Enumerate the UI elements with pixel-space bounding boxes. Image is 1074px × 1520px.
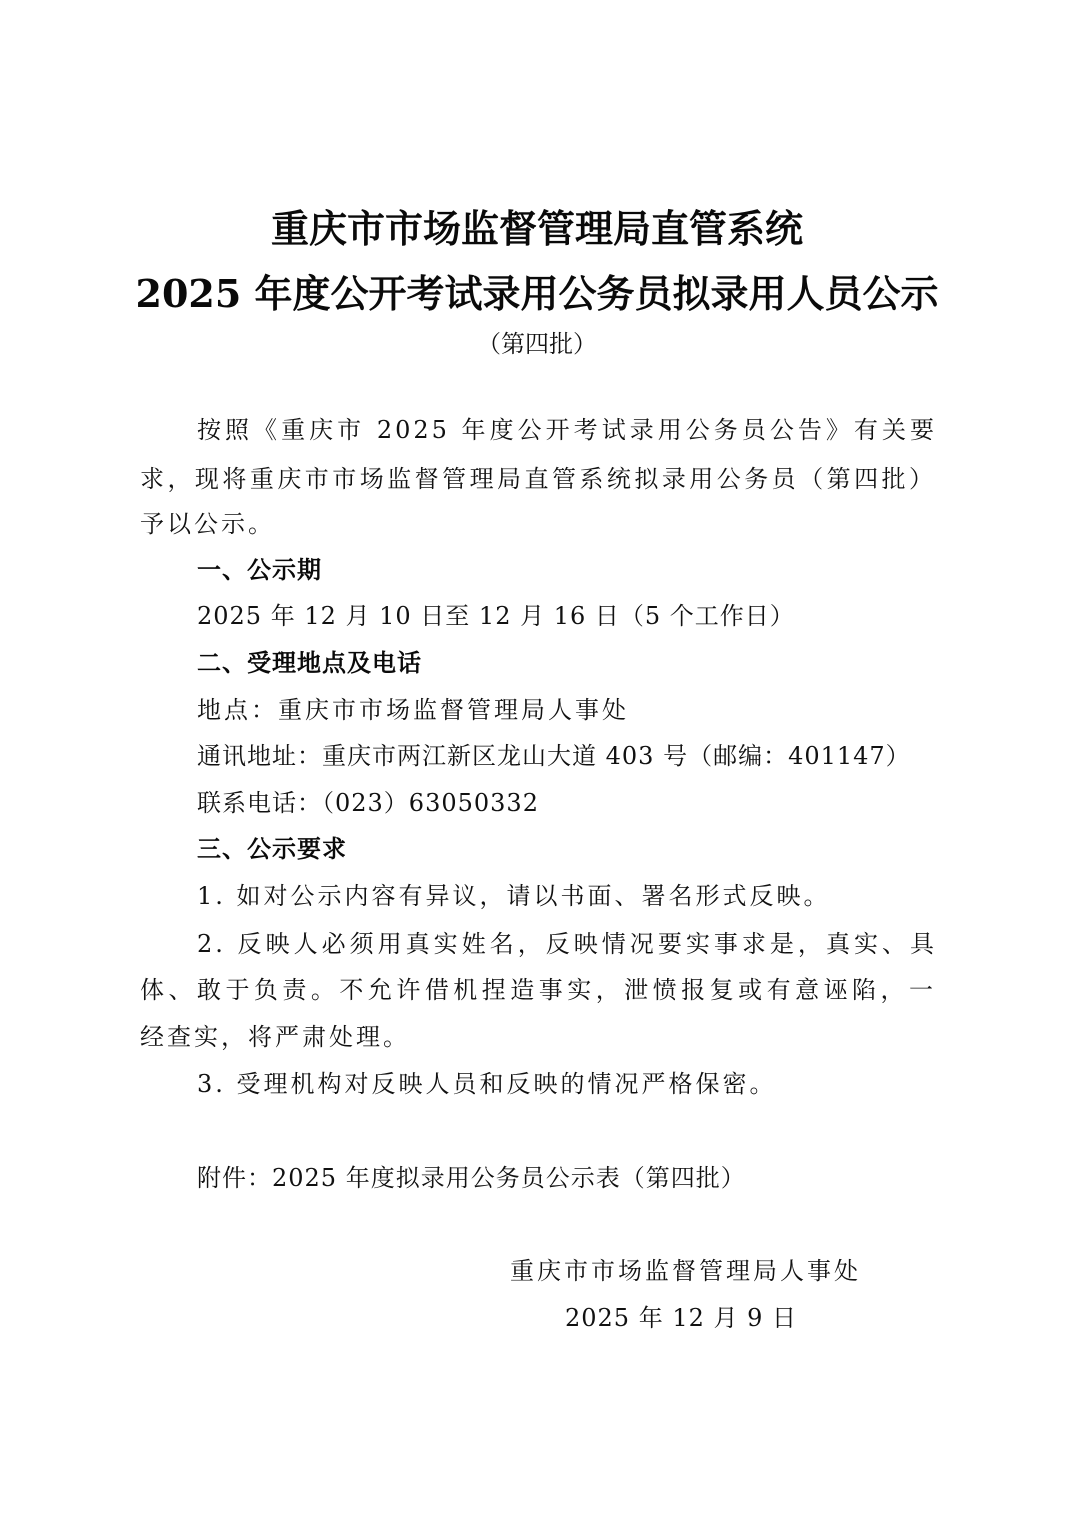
publicity-period-dates: 2025 年 12 月 10 日至 12 月 16 日（5 个工作日） (197, 598, 795, 634)
document-subtitle: （第四批） (0, 326, 1074, 362)
section-heading-publicity-period: 一、公示期 (197, 552, 322, 588)
contact-mailing-address: 通讯地址：重庆市两江新区龙山大道 403 号（邮编：401147） (197, 738, 911, 774)
intro-paragraph-line-2: 求，现将重庆市市场监督管理局直管系统拟录用公务员（第四批） (140, 461, 936, 497)
intro-paragraph-line-3: 予以公示。 (140, 506, 275, 542)
intro-paragraph-line-1: 按照《重庆市 2025 年度公开考试录用公务员公告》有关要 (197, 412, 937, 448)
contact-phone: 联系电话：（023）63050332 (197, 785, 539, 821)
document-page: 重庆市市场监督管理局直管系统 2025 年度公开考试录用公务员拟录用人员公示 （… (0, 0, 1074, 1520)
requirement-item-2-line-2: 体、敢于负责。不允许借机捏造事实，泄愤报复或有意诬陷，一 (140, 972, 936, 1008)
signature-date: 2025 年 12 月 9 日 (565, 1300, 797, 1336)
requirement-item-2-line-1: 2. 反映人必须用真实姓名，反映情况要实事求是，真实、具 (197, 926, 937, 962)
section-heading-requirements: 三、公示要求 (197, 831, 347, 867)
attachment-note: 附件：2025 年度拟录用公务员公示表（第四批） (197, 1160, 746, 1196)
signature-organization: 重庆市市场监督管理局人事处 (510, 1253, 861, 1289)
contact-location: 地点：重庆市市场监督管理局人事处 (197, 692, 629, 728)
requirement-item-3: 3. 受理机构对反映人员和反映的情况严格保密。 (197, 1066, 777, 1102)
document-title-line-1: 重庆市市场监督管理局直管系统 (0, 205, 1074, 253)
section-heading-contact: 二、受理地点及电话 (197, 645, 422, 681)
requirement-item-2-line-3: 经查实，将严肃处理。 (140, 1019, 410, 1055)
requirement-item-1: 1. 如对公示内容有异议，请以书面、署名形式反映。 (197, 878, 831, 914)
document-title-line-2: 2025 年度公开考试录用公务员拟录用人员公示 (0, 270, 1074, 318)
